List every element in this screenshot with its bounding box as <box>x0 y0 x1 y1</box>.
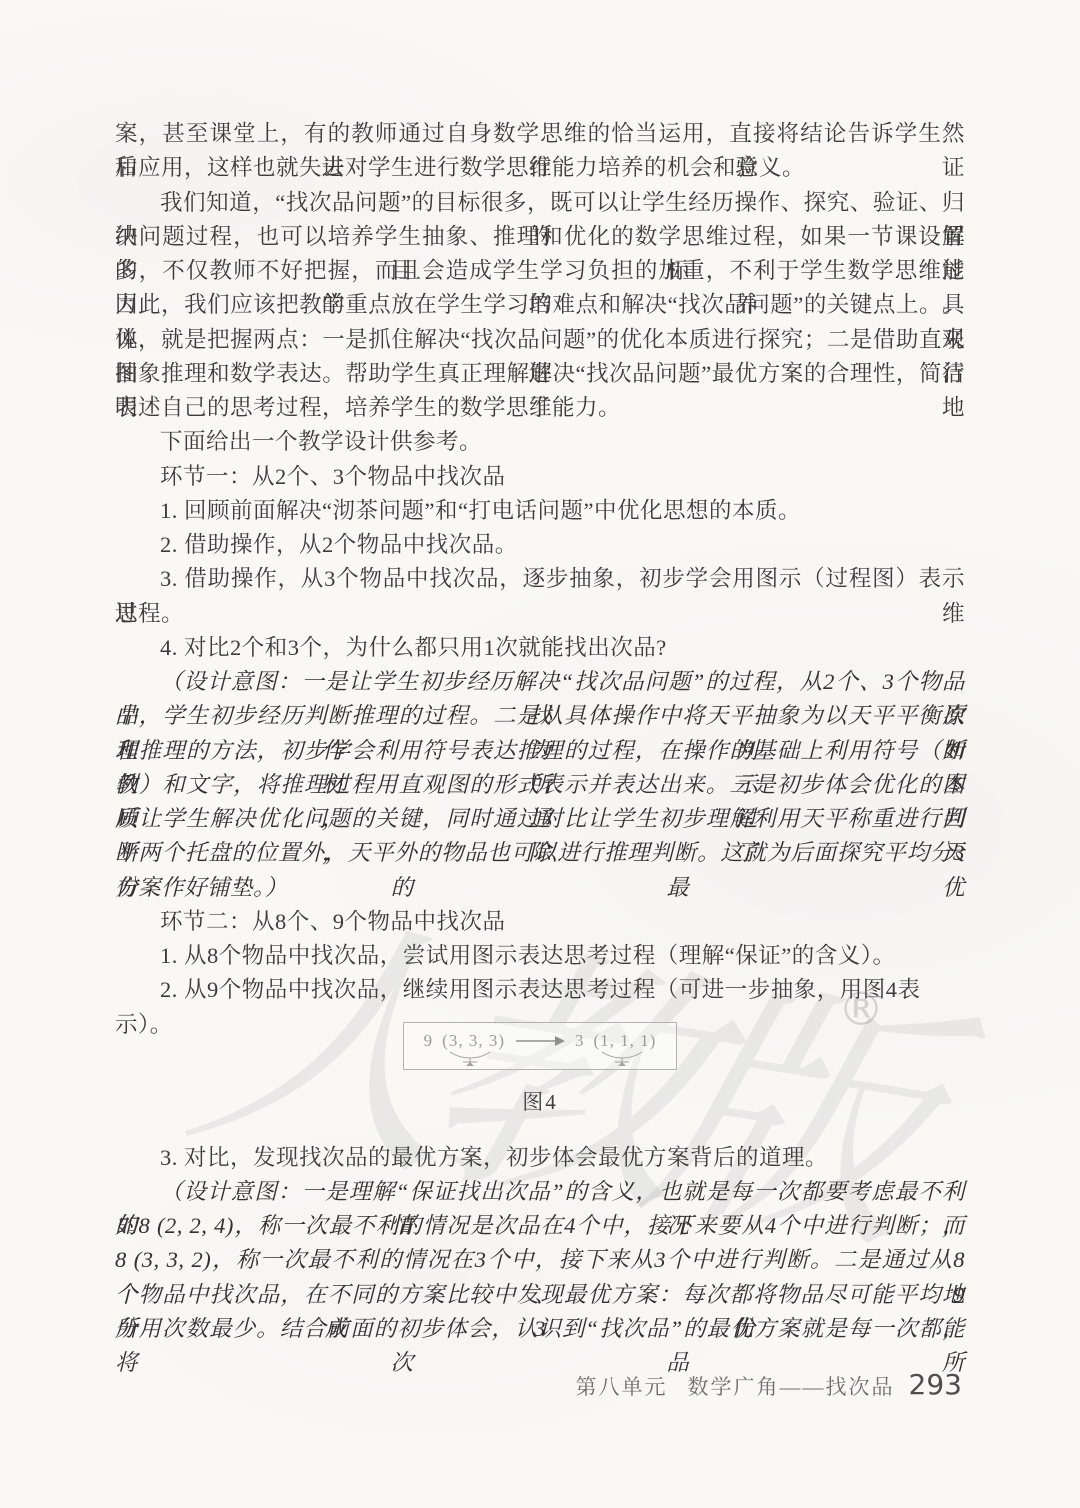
figure-right-total: 3 <box>575 1031 585 1051</box>
text-line: 说，就是把握两点：一是抓住解决“找次品问题”的优化本质进行探究；二是借助直观图进… <box>115 323 965 357</box>
design-intent-line: 8 (3, 3, 2)，称一次最不利的情况在3个中，接下来从3个中进行判断。二是… <box>115 1243 965 1277</box>
figure-right-group: (1, 1, 1) <box>594 1031 657 1051</box>
figure-4: 9 (3, 3, 3) 3 <box>115 1022 965 1141</box>
list-item-line: 1. 从8个物品中找次品，尝试用图示表达思考过程（理解“保证”的含义）。 <box>115 939 965 973</box>
figure-4-diagram: 9 (3, 3, 3) 3 <box>403 1022 677 1070</box>
text-line: 我们知道，“找次品问题”的目标很多，既可以让学生经历操作、探究、验证、归纳的解 <box>115 186 965 220</box>
design-intent-line: （设计意图：一是让学生初步经历解决“找次品问题”的过程，从2个、3个物品中找次 <box>115 665 965 699</box>
design-intent-line: 平两个托盘的位置外，天平外的物品也可以进行推理判断。这就为后面探究平均分3份的最… <box>115 836 965 870</box>
text-line: 抽象推理和数学表达。帮助学生真正理解解决“找次品问题”最优方案的合理性，简洁明了… <box>115 357 965 391</box>
design-intent-line: 如8 (2, 2, 4)，称一次最不利的情况是次品在4个中，接下来要从4个中进行… <box>115 1209 965 1243</box>
text-column: 案，甚至课堂上，有的教师通过自身数学思维的恰当运用，直接将结论告诉学生然后进行验… <box>115 117 965 1346</box>
list-item-line: 3. 借助操作，从3个物品中找次品，逐步抽象，初步学会用图示（过程图）表示思维 <box>115 562 965 596</box>
text-line: 决问题过程，也可以培养学生抽象、推理和优化的数学思维过程，如果一节课设置的目标过 <box>115 220 965 254</box>
design-intent-line: 个物品中找次品，在不同的方案比较中发现最优方案：每次都将物品尽可能平均地分成3份… <box>115 1278 965 1312</box>
design-intent-line: 所用次数最少。结合前面的初步体会，认识到“找次品”的最优方案就是每一次都能将次品… <box>115 1312 965 1346</box>
text-line: 多，不仅教师不好把握，而且会造成学生学习负担的加重，不利于学生数学思维能力的培养… <box>115 254 965 288</box>
page-footer: 第八单元 数学广角——找次品 293 <box>576 1368 962 1401</box>
design-intent-line: 顾让学生解决优化问题的关键，同时通过对比让学生初步理解利用天平称重进行判断，除了… <box>115 802 965 836</box>
text-line: 因此，我们应该把教学重点放在学生学习的难点和解决“找次品问题”的关键点上。具体来 <box>115 288 965 322</box>
figure-right-group-label: (1, 1, 1) <box>594 1031 657 1050</box>
footer-section: 第八单元 <box>576 1371 668 1401</box>
section-heading-line: 环节一：从2个、3个物品中找次品 <box>115 460 965 494</box>
text-line: 下面给出一个教学设计供参考。 <box>115 425 965 459</box>
list-item-line: 3. 对比，发现找次品的最优方案，初步体会最优方案背后的道理。 <box>115 1141 965 1175</box>
list-item-line: 2. 从9个物品中找次品，继续用图示表达思考过程（可进一步抽象，用图4表示）。 <box>115 973 965 1007</box>
footer-title: 数学广角——找次品 <box>688 1371 895 1401</box>
design-intent-line: 例）和文字，将推理过程用直观图的形式表示并表达出来。三是初步体会优化的本质，通过… <box>115 768 965 802</box>
design-intent-line: （设计意图：一是理解“保证找出次品”的含义，也就是每一次都要考虑最不利的情况， <box>115 1175 965 1209</box>
section-heading-line: 环节二：从8个、9个物品中找次品 <box>115 905 965 939</box>
design-intent-line: 品，学生初步经历判断推理的过程。二是从具体操作中将天平抽象为以天平平衡原理作为判… <box>115 699 965 733</box>
underbrace-balance-icon <box>447 1050 493 1068</box>
design-intent-line: 和推理的方法，初步学会利用符号表达推理的过程，在操作的基础上利用符号（如教材所示… <box>115 734 965 768</box>
underbrace-balance-icon <box>599 1050 645 1068</box>
list-item-line: 1. 回顾前面解决“沏茶问题”和“打电话问题”中优化思想的本质。 <box>115 494 965 528</box>
footer-page-number: 293 <box>909 1368 962 1401</box>
text-line: 案，甚至课堂上，有的教师通过自身数学思维的恰当运用，直接将结论告诉学生然后进行验… <box>115 117 965 151</box>
arrow-right-icon <box>514 1031 566 1051</box>
figure-left-group: (3, 3, 3) <box>442 1031 505 1051</box>
figure-left-total: 9 <box>424 1031 434 1051</box>
list-item-line: 4. 对比2个和3个，为什么都只用1次就能找出次品? <box>115 631 965 665</box>
list-item-line: 2. 借助操作，从2个物品中找次品。 <box>115 528 965 562</box>
document-page: 人教版 ® 案，甚至课堂上，有的教师通过自身数学思维的恰当运用，直接将结论告诉学… <box>0 0 1080 1508</box>
figure-left-group-label: (3, 3, 3) <box>442 1031 505 1050</box>
figure-4-caption: 图4 <box>115 1085 965 1119</box>
